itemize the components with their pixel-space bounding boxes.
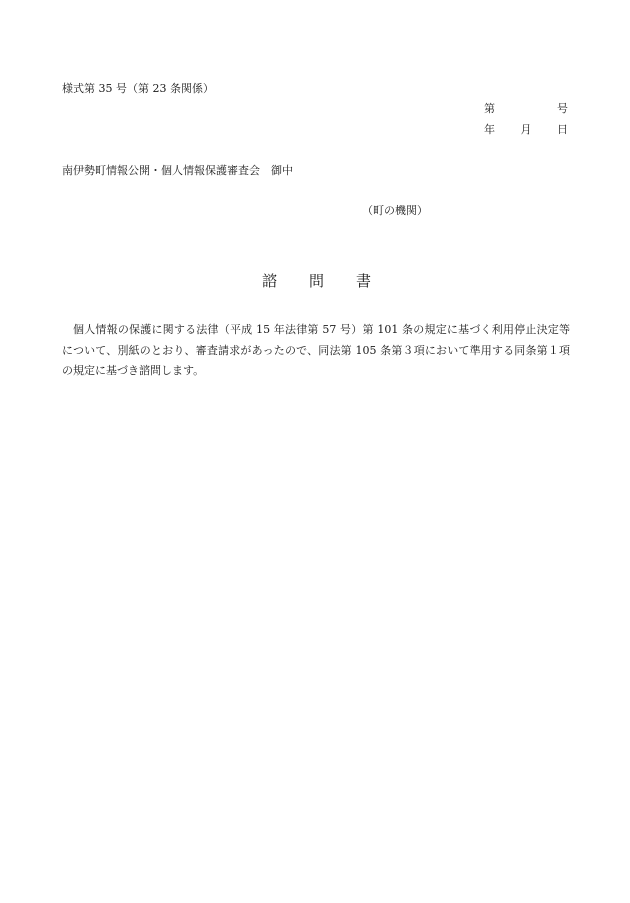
title-char: 諮 — [262, 270, 309, 291]
number-suffix: 号 — [557, 100, 568, 116]
document-number-line: 第 号 — [484, 100, 568, 116]
title-char: 問 — [309, 270, 356, 291]
title-char: 書 — [356, 270, 403, 291]
document-title: 諮 問 書 — [262, 270, 403, 291]
date-day: 日 — [557, 121, 568, 137]
date-year: 年 — [484, 121, 495, 137]
body-paragraph: 個人情報の保護に関する法律（平成 15 年法律第 57 号）第 101 条の規定… — [62, 320, 570, 382]
form-reference: 様式第 35 号（第 23 条関係） — [62, 80, 214, 96]
number-prefix: 第 — [484, 100, 495, 116]
sender: （町の機関） — [362, 202, 428, 218]
addressee: 南伊勢町情報公開・個人情報保護審査会 御中 — [62, 162, 293, 178]
date-month: 月 — [521, 121, 532, 137]
date-line: 年 月 日 — [484, 121, 568, 137]
